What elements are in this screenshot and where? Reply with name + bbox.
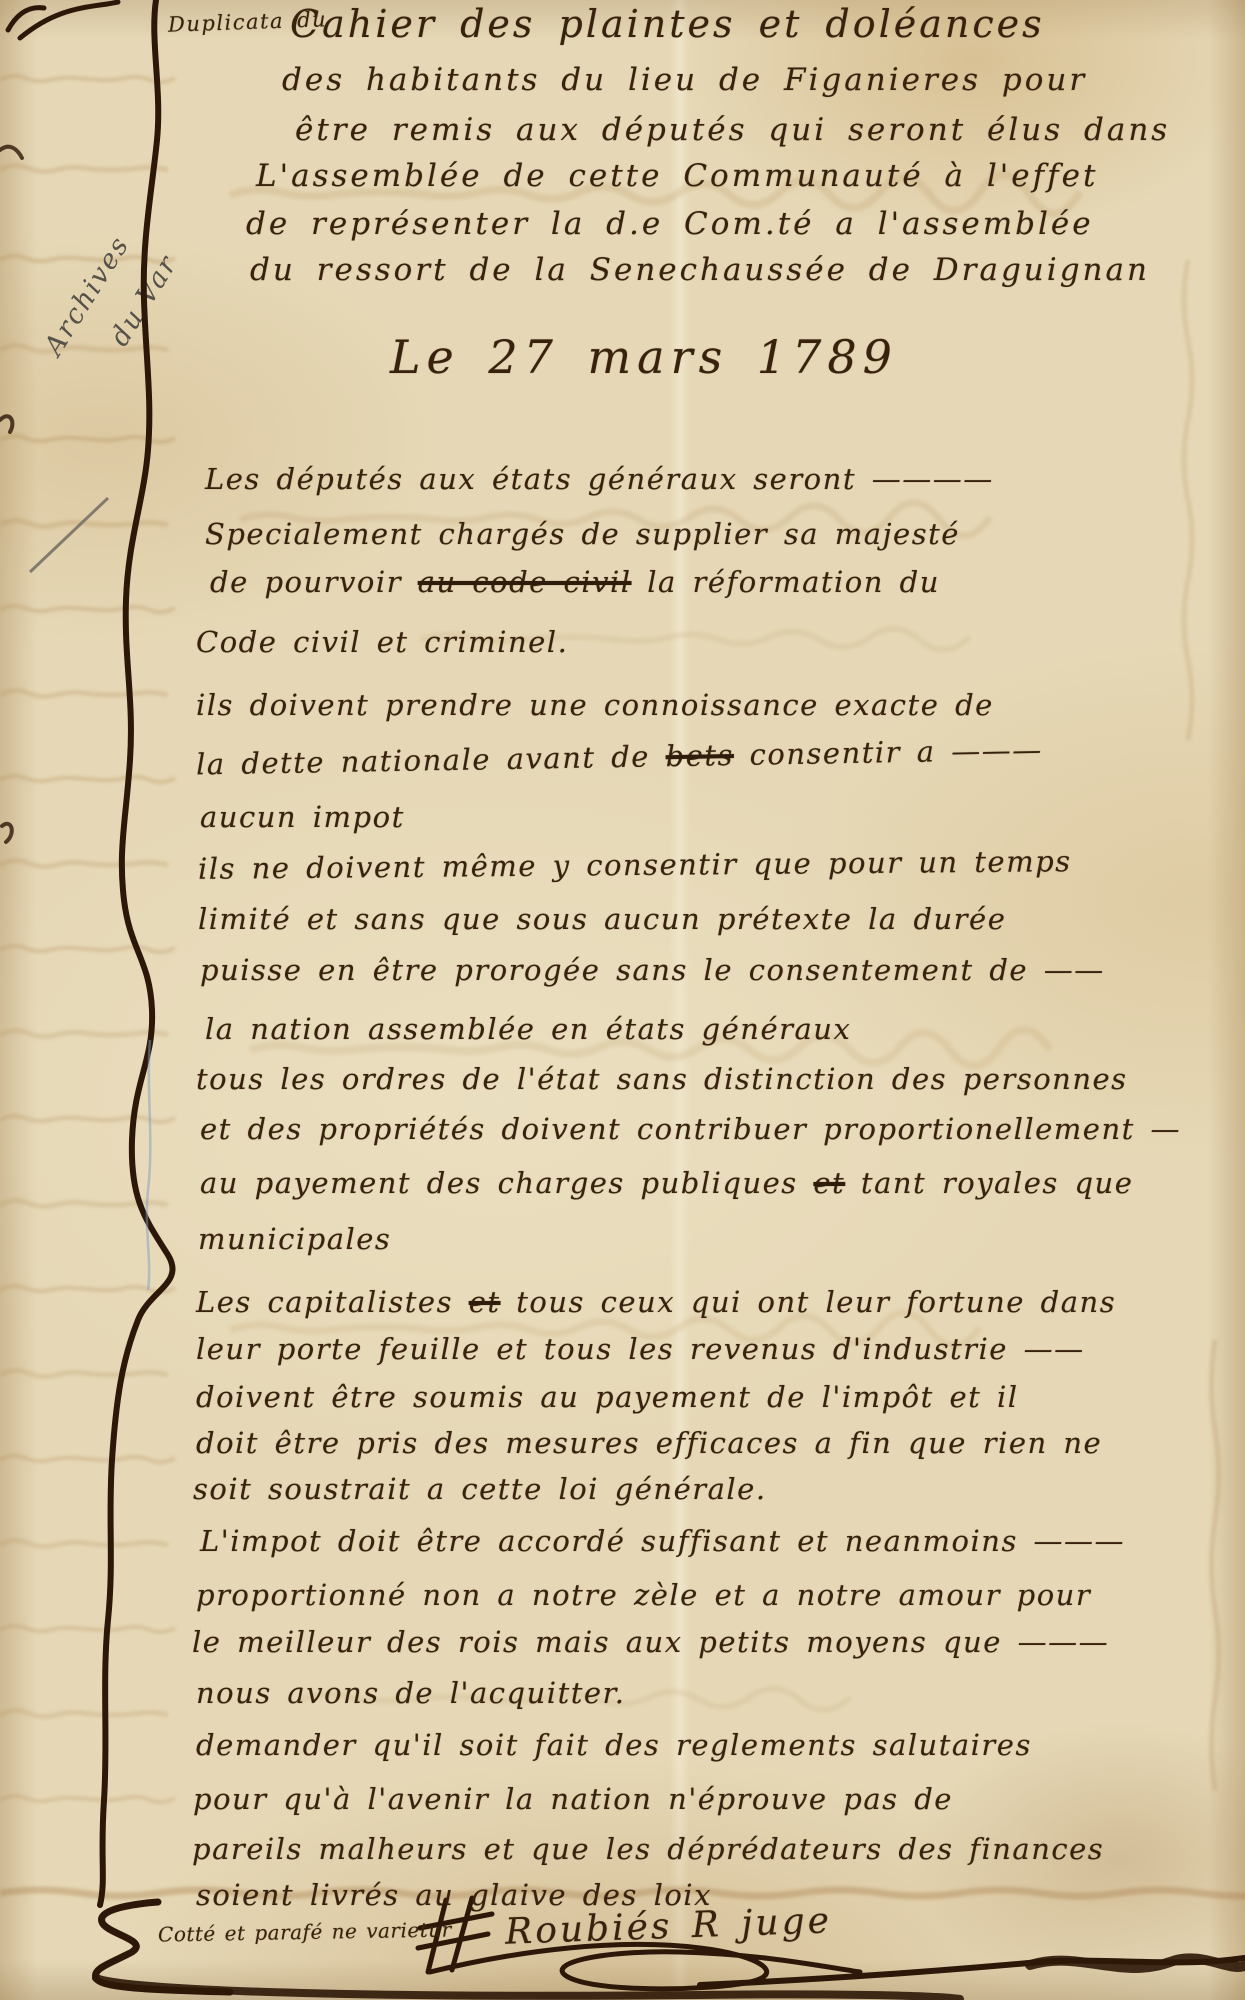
body-line-06: la dette nationale avant de bets consent… [196,733,1043,782]
body-line-14-struck: et [813,1166,845,1200]
body-line-06-pre: la dette nationale avant de [196,739,666,781]
title-line-6: du ressort de la Senechaussée de Draguig… [250,252,1150,288]
body-line-03: de pourvoir au code civil la réformation… [210,565,940,599]
body-line-15: municipales [198,1222,391,1256]
body-line-05: ils doivent prendre une connoissance exa… [196,688,994,722]
body-line-07: aucun impot [200,800,405,834]
body-line-01: Les députés aux états généraux seront ——… [205,462,994,496]
body-line-16-post: tous ceux qui ont leur fortune dans [501,1285,1117,1319]
body-line-21: L'impot doit être accordé suffisant et n… [200,1524,1125,1558]
body-line-16: Les capitalistes et tous ceux qui ont le… [196,1285,1116,1319]
body-line-03-pre: de pourvoir [210,565,418,599]
body-line-04: Code civil et criminel. [196,625,568,659]
body-line-24: nous avons de l'acquitter. [196,1676,625,1710]
body-line-02: Specialement chargés de supplier sa maje… [205,517,960,551]
body-line-06-post: consentir a ——— [734,733,1043,772]
body-line-14-post: tant royales que [845,1166,1133,1200]
date-line: Le 27 mars 1789 [390,330,898,384]
body-line-22: proportionné non a notre zèle et a notre… [196,1578,1091,1612]
title-line-2: des habitants du lieu de Figanieres pour [282,62,1087,98]
body-line-09: limité et sans que sous aucun prétexte l… [198,902,1006,936]
body-line-12: tous les ordres de l'état sans distincti… [196,1062,1128,1096]
attestation-note: Cotté et parafé ne varietur [158,1917,452,1946]
manuscript-page: Archives du Var Duplicata [0,0,1245,2000]
body-line-25: demander qu'il soit fait des reglements … [196,1728,1032,1762]
body-line-11: la nation assemblée en états généraux [205,1012,851,1046]
body-line-06-struck: bets [665,738,734,773]
manuscript-text: Duplicata du Cahier des plaintes et dolé… [0,0,1245,2000]
body-line-16-struck: et [469,1285,501,1319]
body-line-03-struck: au code civil [418,565,632,599]
body-line-20: soit soustrait a cette loi générale. [193,1472,767,1506]
body-line-14-pre: au payement des charges publiques [200,1166,813,1200]
body-line-27: pareils malheurs et que les déprédateurs… [192,1832,1104,1866]
body-line-16-pre: Les capitalistes [196,1285,469,1319]
body-line-23: le meilleur des rois mais aux petits moy… [192,1625,1109,1659]
body-line-08: ils ne doivent même y consentir que pour… [198,844,1072,886]
title-line-5: de représenter la d.e Com.té a l'assembl… [246,206,1094,242]
body-line-14: au payement des charges publiques et tan… [200,1166,1133,1200]
body-line-10: puisse en être prorogée sans le consente… [200,953,1105,987]
body-line-13: et des propriétés doivent contribuer pro… [200,1112,1181,1146]
body-line-18: doivent être soumis au payement de l'imp… [196,1380,1019,1414]
body-line-17: leur porte feuille et tous les revenus d… [196,1332,1085,1366]
body-line-03-post: la réformation du [632,565,940,599]
title-line-1: Cahier des plaintes et doléances [290,2,1045,46]
body-line-19: doit être pris des mesures efficaces a f… [196,1426,1102,1460]
title-line-4: L'assemblée de cette Communauté à l'effe… [256,158,1098,194]
body-line-26: pour qu'à l'avenir la nation n'éprouve p… [193,1782,953,1816]
title-line-3: être remis aux députés qui seront élus d… [295,112,1170,148]
